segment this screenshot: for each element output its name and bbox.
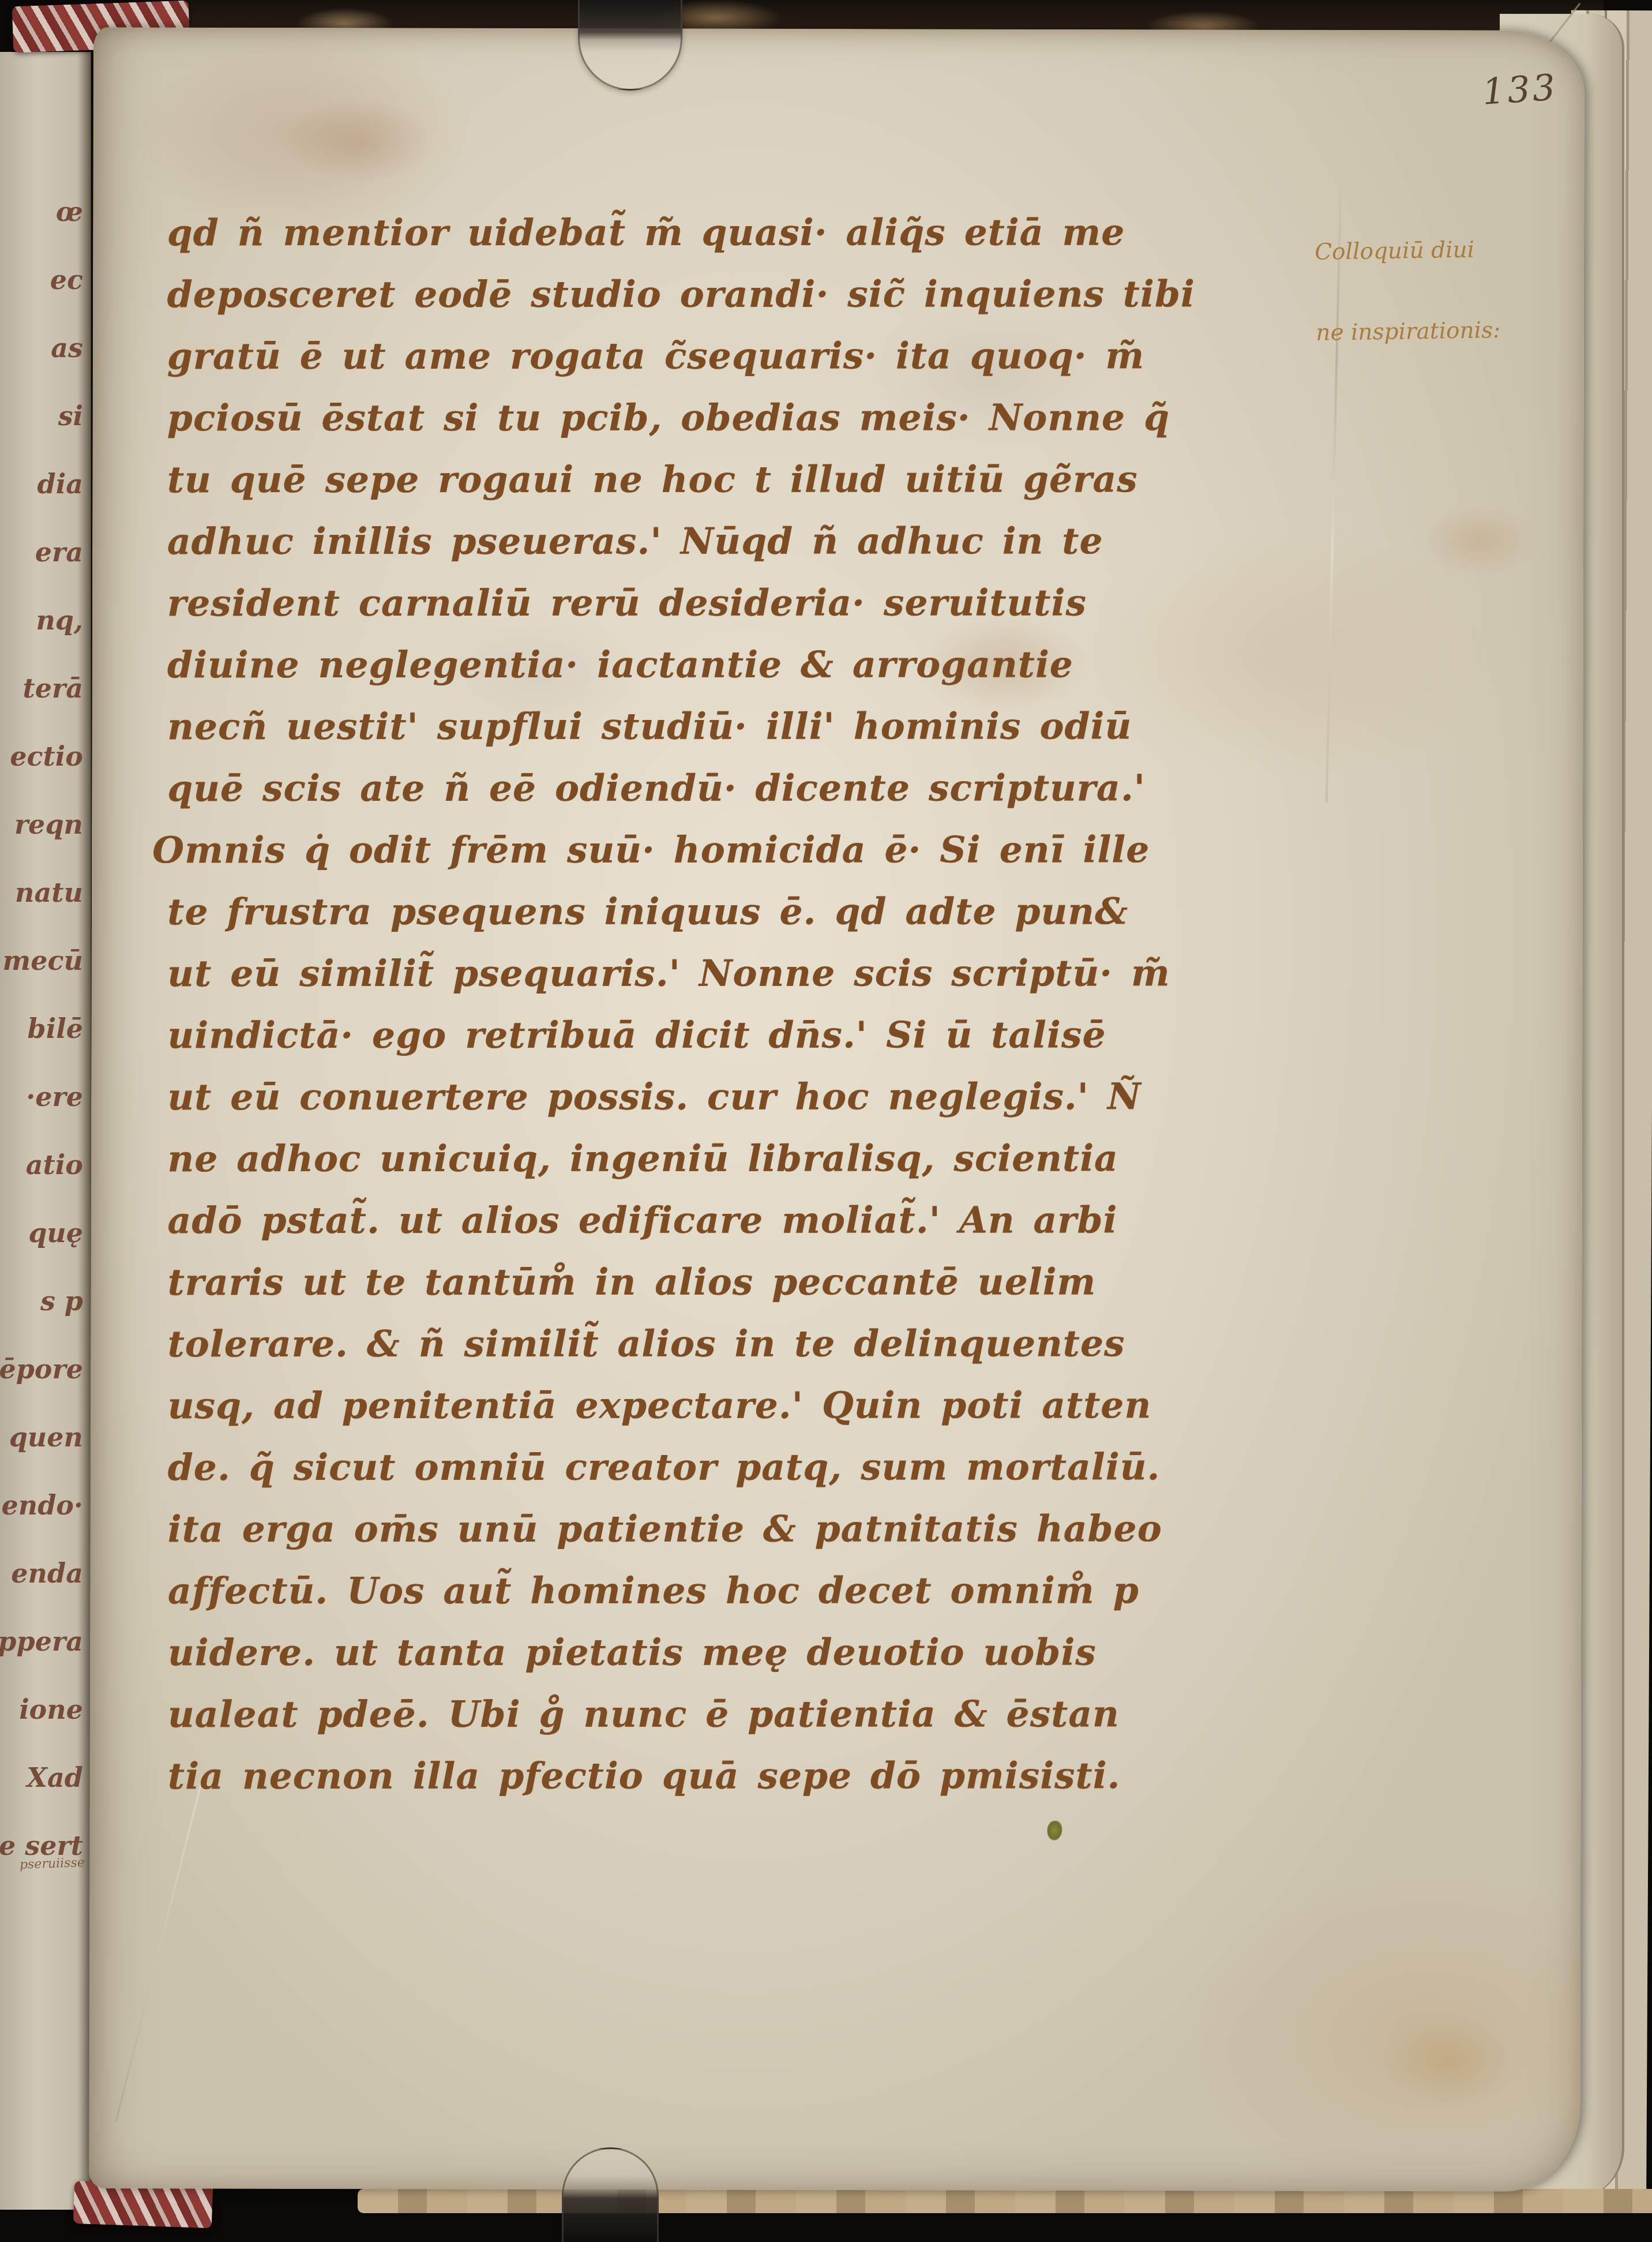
text-line: pciosū ēstat si tu pcib, obedias meis· N…	[167, 387, 1327, 449]
margin-note-line: Colloquiū diui	[1315, 231, 1587, 316]
text-line: diuine neglegentia· iactantie & arrogant…	[167, 633, 1327, 696]
text-line: tu quē sepe rogaui ne hoc t illud uitiū …	[167, 448, 1327, 511]
gutter-text-fragment: mecū	[3, 945, 83, 976]
text-line: ut eū similit̃ psequaris.' Nonne scis sc…	[167, 942, 1327, 1004]
parchment-stain	[1381, 2015, 1514, 2107]
manuscript-photo: œecassidiaeranq,terāectioreqnnatumecūbil…	[0, 0, 1652, 2242]
gutter-text-fragment: ec	[50, 264, 83, 295]
text-line: traris ut te tantūm̊ in alios peccantē u…	[168, 1251, 1327, 1313]
margin-note: Colloquiū diui ne inspirationis:	[1315, 231, 1588, 397]
gutter-text-fragment: ppera	[0, 1626, 83, 1657]
gutter-text-fragment: reqn	[14, 809, 83, 840]
text-line: tia necnon illa pfectio quā sepe dō pmis…	[168, 1745, 1327, 1807]
green-speck	[1047, 1821, 1062, 1840]
parchment-stain	[1419, 503, 1540, 578]
bottom-page-edges	[358, 2189, 1652, 2213]
gutter-interlinear-note: pseruiisse	[20, 1855, 85, 1872]
gutter-text-fragment: quę	[28, 1217, 83, 1249]
text-line: uidere. ut tanta pietatis meę deuotio uo…	[168, 1621, 1327, 1684]
gutter-text-fragment: terā	[22, 673, 83, 704]
gutter-text-fragment: ione	[19, 1694, 83, 1725]
text-line: qd ñ mentior uidebat̃ m̃ quasi· aliq̃s e…	[167, 201, 1327, 264]
gutter-text-fragment: as	[51, 332, 83, 363]
text-line: ut eū conuertere possis. cur hoc neglegi…	[167, 1066, 1327, 1128]
gutter-text-fragment: bilē	[28, 1013, 83, 1044]
gutter-text-fragment: s p	[40, 1285, 83, 1317]
text-line: gratū ē ut ame rogata c̃sequaris· ita qu…	[167, 325, 1327, 387]
text-line: resident carnaliū rerū desideria· seruit…	[167, 572, 1327, 634]
text-line: usq, ad penitentiā expectare.' Quin poti…	[168, 1374, 1327, 1437]
text-line: ualeat pdeē. Ubi g̊ nunc ē patientia & ē…	[168, 1683, 1327, 1745]
manuscript-page: 133 qd ñ mentior uidebat̃ m̃ quasi· aliq…	[89, 27, 1585, 2191]
gutter-text-fragment: ēpore	[0, 1354, 83, 1385]
text-line: Omnis q̇ odit frēm suū· homicida ē· Si e…	[167, 819, 1327, 881]
text-line: quē scis ate ñ eē odiendū· dicente scrip…	[167, 757, 1327, 819]
main-text-block: qd ñ mentior uidebat̃ m̃ quasi· aliq̃s e…	[167, 201, 1327, 1807]
gutter-text-fragment: era	[35, 537, 83, 568]
gutter-text-fragment: Xad	[27, 1762, 83, 1793]
text-line: tolerare. & ñ similit̃ alios in te delin…	[168, 1313, 1327, 1375]
text-line: affectū. Uos aut̃ homines hoc decet omni…	[168, 1559, 1327, 1622]
text-line: adō pstat̃. ut alios edificare moliat̃.'…	[168, 1189, 1327, 1251]
gutter-text-fragment: atio	[26, 1149, 83, 1180]
gutter-text-fragment: ·ere	[26, 1081, 83, 1112]
text-line: ita erga om̄s unū patientie & patnitatis…	[168, 1498, 1327, 1560]
text-line: ne adhoc unicuiq, ingeniū libralisq, sci…	[167, 1127, 1327, 1190]
parchment-stain	[283, 97, 433, 184]
page-retaining-clip-bottom	[562, 2147, 659, 2242]
text-line: adhuc inillis pseueras.' Nūqd ñ adhuc in…	[167, 510, 1327, 572]
gutter-text-fragment: si	[58, 400, 83, 432]
text-line: te frustra psequens iniquus ē. qd adte p…	[167, 880, 1327, 943]
text-line: de. q̃ sicut omniū creator patq, sum mor…	[168, 1436, 1327, 1498]
gutter-text-fragment: dia	[37, 468, 83, 500]
text-line: uindictā· ego retribuā dicit dn̄s.' Si ū…	[167, 1004, 1327, 1066]
gutter-text-fragment: nq,	[36, 605, 83, 636]
gutter-previous-page-sliver: œecassidiaeranq,terāectioreqnnatumecūbil…	[0, 52, 91, 2210]
text-line: necñ uestit' supflui studiū· illi' homin…	[167, 695, 1327, 758]
gutter-text-fragment: quen	[9, 1422, 83, 1453]
folio-number: 133	[1481, 66, 1559, 113]
margin-note-line: ne inspirationis:	[1316, 312, 1588, 397]
gutter-text-fragment: enda	[11, 1558, 83, 1589]
gutter-text-fragment: œ	[56, 196, 83, 227]
gutter-text-fragment: ectio	[10, 741, 83, 772]
text-line: deposceret eodē studio orandi· sic̃ inqu…	[167, 263, 1327, 325]
parchment-crease	[115, 1775, 204, 2123]
gutter-text-fragment: hendo·	[0, 1490, 83, 1521]
gutter-text-fragment: natu	[15, 877, 83, 908]
